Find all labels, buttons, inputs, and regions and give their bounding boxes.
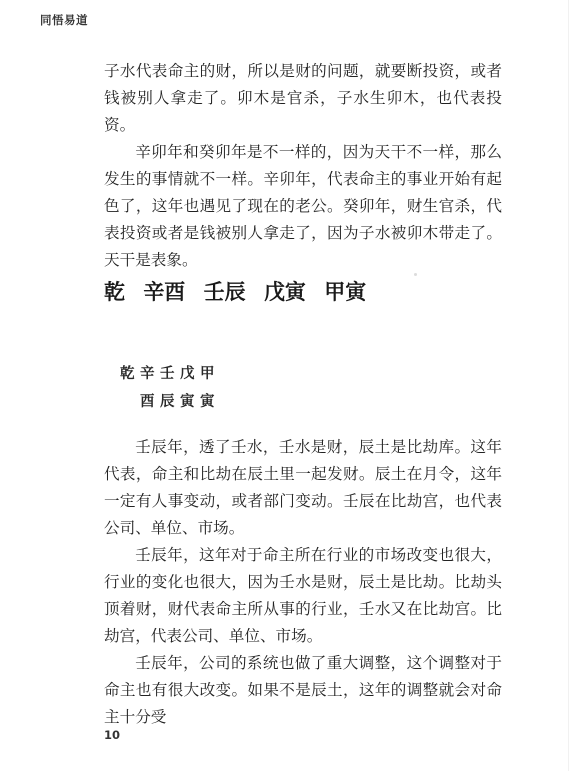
paragraph: 壬辰年，透了壬水，壬水是财，辰土是比劫库。这年代表，命主和比劫在辰土里一起发财。… [104, 434, 502, 542]
text-block-bottom: 壬辰年，透了壬水，壬水是财，辰土是比劫库。这年代表，命主和比劫在辰土里一起发财。… [104, 434, 502, 731]
bazi-branch: 酉 [140, 390, 160, 411]
paragraph-continuation: 子水代表命主的财，所以是财的问题，就要断投资，或者钱被别人拿走了。卯木是官杀，子… [104, 58, 502, 139]
bazi-stems-row: 乾 辛 壬 戊 甲 [120, 358, 220, 386]
paragraph: 辛卯年和癸卯年是不一样的，因为天干不一样，那么发生的事情就不一样。辛卯年，代表命… [104, 139, 502, 274]
bazi-branch: 辰 [160, 390, 180, 411]
scan-edge-line [568, 0, 569, 771]
bazi-branch: 寅 [200, 390, 220, 411]
bazi-stem: 辛 [140, 362, 160, 383]
bazi-stem: 乾 [120, 362, 140, 383]
page-number: 10 [104, 728, 120, 742]
heading-month-pillar: 壬辰 [204, 280, 246, 304]
running-header: 同悟易道 [40, 12, 88, 28]
bazi-stem: 甲 [200, 362, 220, 383]
heading-year-pillar: 辛酉 [143, 280, 185, 304]
paragraph: 壬辰年，这年对于命主所在行业的市场改变也很大，行业的变化也很大，因为壬水是财，辰… [104, 542, 502, 650]
heading-hour-pillar: 甲寅 [324, 280, 366, 304]
section-heading: 乾 辛酉 壬辰 戊寅 甲寅 [104, 276, 375, 306]
paragraph: 壬辰年，公司的系统也做了重大调整，这个调整对于命主也有很大改变。如果不是辰土，这… [104, 650, 502, 731]
heading-day-pillar: 戊寅 [264, 280, 306, 304]
bazi-stem: 戊 [180, 362, 200, 383]
text-block-top: 子水代表命主的财，所以是财的问题，就要断投资，或者钱被别人拿走了。卯木是官杀，子… [104, 58, 502, 274]
heading-gender: 乾 [104, 280, 125, 304]
bazi-stem: 壬 [160, 362, 180, 383]
bazi-branches-row: 酉 辰 寅 寅 [120, 386, 220, 414]
bazi-chart: 乾 辛 壬 戊 甲 酉 辰 寅 寅 [120, 358, 220, 414]
bazi-branch: 寅 [180, 390, 200, 411]
